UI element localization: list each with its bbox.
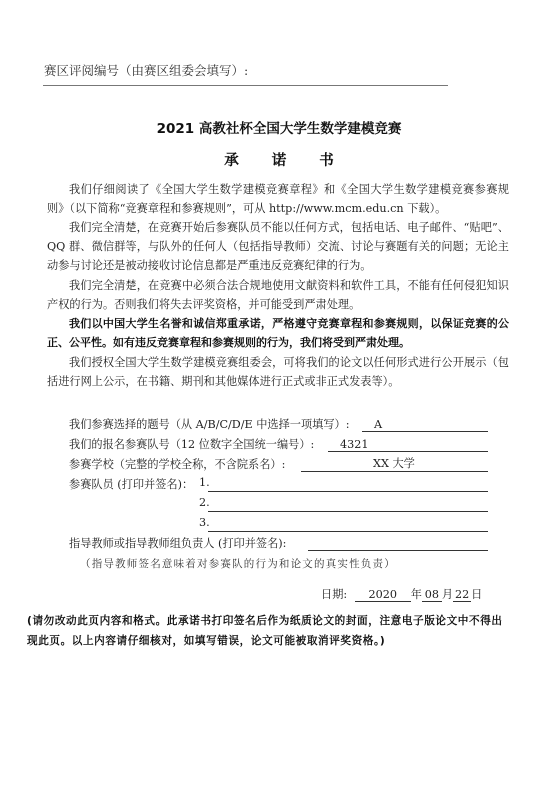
team-number-value: 4321 [340,438,368,451]
document-title: 2021 高教社杯全国大学生数学建模竞赛 [0,117,558,137]
date-month-field[interactable]: 08 [422,588,442,602]
advisor-field[interactable] [308,536,488,551]
members-row: 参赛队员 (打印并签名)： [69,476,193,494]
date-day-field[interactable]: 22 [453,588,471,602]
member-3-field[interactable] [208,517,488,532]
date-year-unit: 年 [411,588,422,601]
review-number-label: 赛区评阅编号（由赛区组委会填写）: [44,61,248,79]
problem-number-value: A [374,418,382,431]
member-2-field[interactable] [208,497,488,512]
paragraph-no-communication: 我们完全清楚，在竞赛开始后参赛队员不能以任何方式，包括电话、电子邮件、“贴吧”、… [47,218,509,276]
team-number-field[interactable]: 4321 [328,437,488,452]
problem-number-label: 我们参赛选择的题号（从 A/B/C/D/E 中选择一项填写）: [69,418,350,431]
paragraph-authorization: 我们授权全国大学生数学建模竞赛组委会，可将我们的论文以任何形式进行公开展示（包括… [47,353,509,391]
advisor-label: 指导教师或指导教师组负责人 (打印并签名): [69,537,286,550]
team-number-row: 我们的报名参赛队号（12 位数字全国统一编号）: [69,436,314,454]
problem-number-field[interactable]: A [362,417,488,432]
advisor-note: （指导教师签名意味着对参赛队的行为和论文的真实性负责） [80,556,396,571]
school-field[interactable]: XX 大学 [301,457,488,472]
school-row: 参赛学校（完整的学校全称，不含院系名）: [69,456,285,474]
date-label: 日期: [321,588,347,601]
members-label: 参赛队员 (打印并签名)： [69,478,193,491]
team-number-label: 我们的报名参赛队号（12 位数字全国统一编号）: [69,438,314,451]
paragraph-copyright: 我们完全清楚，在竞赛中必须合法合规地使用文献资料和软件工具，不能有任何侵犯知识产… [47,276,509,314]
format-warning: (请勿改动此页内容和格式。此承诺书打印签名后作为纸质论文的封面，注意电子版论文中… [27,612,507,651]
date-row: 日期: 2020年08月22日 [321,586,482,602]
school-label: 参赛学校（完整的学校全称，不含院系名）: [69,458,285,471]
date-day-unit: 日 [471,588,482,601]
paragraph-pledge: 我们以中国大学生名誉和诚信郑重承诺，严格遵守竞赛章程和参赛规则，以保证竞赛的公正… [47,314,509,352]
review-number-line [43,85,448,86]
paragraph-rules: 我们仔细阅读了《全国大学生数学建模竞赛章程》和《全国大学生数学建模竞赛参赛规则》… [47,180,509,218]
document-subtitle: 承 诺 书 [0,149,558,170]
member-1-field[interactable] [208,477,488,492]
date-year-field[interactable]: 2020 [355,588,411,602]
school-value: XX 大学 [373,455,415,471]
problem-number-row: 我们参赛选择的题号（从 A/B/C/D/E 中选择一项填写）: [69,416,350,434]
advisor-row: 指导教师或指导教师组负责人 (打印并签名): [69,535,286,553]
date-month-unit: 月 [442,588,453,601]
